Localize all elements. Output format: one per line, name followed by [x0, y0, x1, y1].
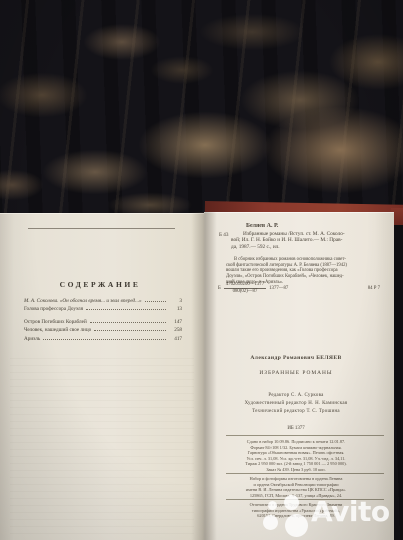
- right-page: Беляев А. Р. Б 43 Избранные романы /Всту…: [204, 212, 394, 540]
- dot-leader: [86, 309, 166, 310]
- left-page: СОДЕРЖАНИЕ М. А. Соколова. «Он обогнал в…: [0, 213, 204, 540]
- toc-page-number: 13: [169, 306, 182, 312]
- index-code: Б 43: [219, 232, 228, 238]
- author-full-name: Александр Романович БЕЛЯЕВ: [204, 355, 388, 361]
- toc-entry: Ариэль 417: [24, 336, 182, 344]
- toc-title: Человек, нашедший свое лицо: [24, 327, 91, 333]
- top-divider-rule: [28, 228, 175, 229]
- page-showthrough-texture: [10, 354, 194, 534]
- credit-line: Редактор С. А. Суркова: [204, 392, 388, 400]
- toc-title: Ариэль: [24, 336, 40, 342]
- table-of-contents: М. А. Соколова. «Он обогнал время... и з…: [24, 298, 182, 344]
- toc-page-number: 147: [169, 319, 182, 325]
- toc-title: Остров Погибших Кораблей: [24, 319, 87, 325]
- toc-page-number: 417: [169, 336, 182, 342]
- credit-line: Технический редактор Т. С. Трошина: [204, 408, 388, 416]
- dot-leader: [43, 339, 166, 340]
- credit-line: Художественный редактор Н. Н. Каминская: [204, 400, 388, 408]
- divider-rule: [226, 435, 384, 436]
- bib-line: да, 1987.— 592 с., ил.: [231, 244, 381, 250]
- print-info-line: Заказ № 439. Цена 3 руб. 10 коп.: [204, 467, 388, 473]
- ib-number: ИБ 1377: [204, 426, 388, 431]
- contents-heading: СОДЕРЖАНИЕ: [20, 280, 180, 289]
- toc-title: М. А. Соколова. «Он обогнал время... и з…: [24, 298, 142, 304]
- toc-entry: Человек, нашедший свое лицо 258: [24, 327, 182, 335]
- catalog-prefix: Б: [218, 286, 221, 291]
- toc-page-number: 3: [169, 298, 182, 304]
- author-header: Беляев А. Р.: [246, 223, 278, 229]
- printed-at-block: Отпечатано в ордена Трудового Красного З…: [204, 502, 388, 519]
- dot-leader: [145, 301, 166, 302]
- catalog-code: Б 4702010200—1377 080(02)—87 1377—87 84 …: [218, 282, 388, 294]
- divider-rule: [226, 499, 384, 500]
- book-photo: СОДЕРЖАНИЕ М. А. Соколова. «Он обогнал в…: [0, 0, 403, 540]
- toc-entry: Остров Погибших Кораблей 147: [24, 319, 182, 327]
- catalog-fraction: 4702010200—1377 080(02)—87: [224, 282, 266, 294]
- toc-entry: Голова профессора Доуэля 13: [24, 306, 182, 314]
- book-title: ИЗБРАННЫЕ РОМАНЫ: [204, 370, 388, 376]
- credits-block: Редактор С. А. Суркова Художественный ре…: [204, 392, 388, 416]
- bbk-code: 84 Р 7: [368, 286, 380, 291]
- dot-leader: [94, 330, 166, 331]
- fraction-denominator: 080(02)—87: [224, 289, 266, 295]
- bibliographic-entry: Избранные романы /Вступ. ст. М. А. Сокол…: [231, 231, 381, 250]
- press-line: 125865, ГСП, Москва, А-137, улица «Правд…: [204, 493, 388, 499]
- imprint-page-content: Беляев А. Р. Б 43 Избранные романы /Всту…: [204, 212, 394, 540]
- toc-title: Голова профессора Доуэля: [24, 306, 83, 312]
- dot-leader: [90, 322, 166, 323]
- divider-rule: [226, 473, 384, 474]
- print-info-block: Сдано в набор 10.09.86. Подписано к печа…: [204, 439, 388, 472]
- catalog-tail: 1377—87: [269, 286, 288, 291]
- toc-page-number: 258: [169, 327, 182, 333]
- press-block: Набор и фотоформы изготовлены в ордена Л…: [204, 476, 388, 498]
- printed-line: 620151, Свердловск, проспект Ленина, 49.: [204, 513, 388, 519]
